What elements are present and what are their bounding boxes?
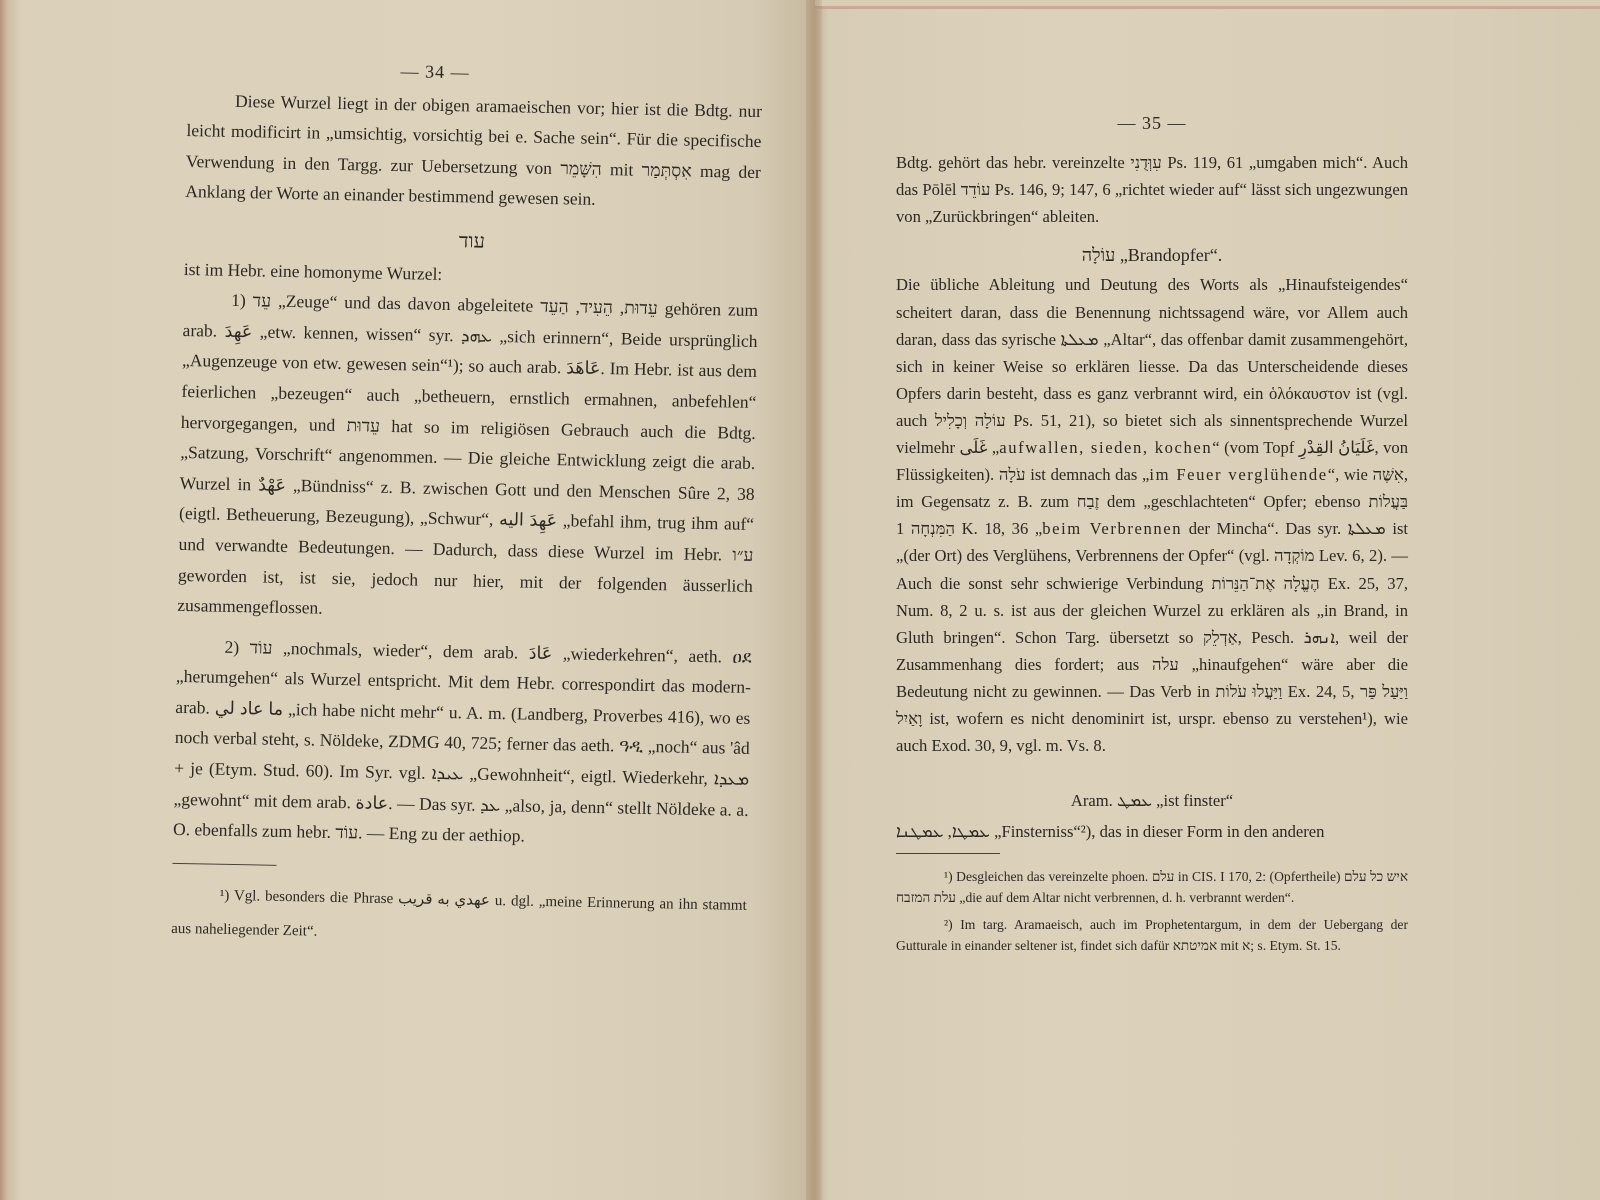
open-book-spread: — 34 — Diese Wurzel liegt in der obigen … [0,0,1600,1200]
section-heading-olah: עוֹלָה „Brandopfer“. [896,242,1408,269]
right-page-text: — 35 — Bdtg. gehört das hebr. vereinzelt… [896,110,1408,956]
paragraph: Diese Wurzel liegt in der obigen aramaei… [185,85,762,218]
paragraph-section-2: 2) עוֹד „nochmals, wieder“, dem arab. عَ… [173,631,752,856]
text-run: Die übliche Ableitung und Deutung des Wo… [896,275,1408,457]
spaced-text: beim Verbrennen [1042,519,1182,538]
text-run: der Mincha“. Das syr. ܡܥܠܬܐ ist „(der Or… [896,519,1408,755]
footnote-1: ¹) Desgleichen das vereinzelte phoen. על… [896,866,1408,908]
paragraph-section-1: 1) עֵד „Zeuge“ und das davon abgeleitete… [177,284,758,632]
spaced-text: aufwallen, sieden, kochen [999,438,1212,457]
left-page-text: — 34 — Diese Wurzel liegt in der obigen … [171,52,763,957]
footnote-rule [896,853,1000,854]
book-gutter [806,0,822,1200]
footnote-1: ¹) Vgl. besonders die Phrase عهدي به قري… [171,878,747,957]
paragraph-continuation: Bdtg. gehört das hebr. vereinzelte עִוְּ… [896,149,1408,230]
section-heading-aram: Aram. ܥܡܛ „ist finster“ [896,787,1408,814]
footnote-2: ²) Im targ. Aramaeisch, auch im Prophete… [896,914,1408,956]
page-number-right: — 35 — [896,110,1408,137]
paragraph-aram: ܥܡܛܐ, ܥܡܛܢܐ „Finsterniss“²), das in dies… [896,818,1408,845]
spaced-text: im Feuer verglühende [1149,465,1327,484]
footnote-rule [172,863,276,866]
paragraph-olah: Die übliche Ableitung und Deutung des Wo… [896,271,1408,759]
